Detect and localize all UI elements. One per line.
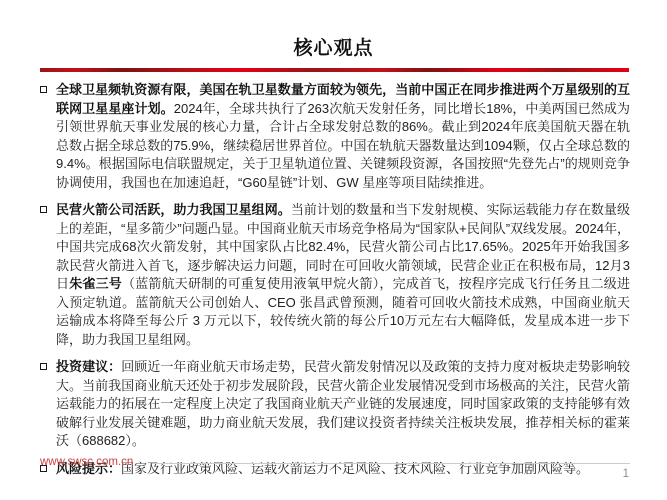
bullet-text: 民营火箭公司活跃，助力我国卫星组网。当前计划的数量和当下发射规模、实际运载能力存… — [56, 201, 630, 349]
bullet-text-segment: 民营火箭公司活跃，助力我国卫星组网。 — [56, 202, 291, 217]
bullet-text-segment: 回顾近一年商业航天市场走势，民营火箭发射情况以及政策的支持力度对板块走势影响较大… — [56, 359, 630, 448]
bullet-item: 投资建议：回顾近一年商业航天市场走势，民营火箭发射情况以及政策的支持力度对板块走… — [40, 358, 630, 451]
bullet-square-icon — [40, 206, 47, 213]
footer: www.swsc.com.cn 1 — [0, 454, 667, 500]
page-number: 1 — [623, 468, 629, 480]
report-page: 核心观点 全球卫星频轨资源有限，美国在轨卫星数量方面较为领先，当前中国正在同步推… — [0, 0, 667, 500]
bullet-item: 民营火箭公司活跃，助力我国卫星组网。当前计划的数量和当下发射规模、实际运载能力存… — [40, 201, 630, 349]
footer-divider — [152, 463, 630, 464]
footer-url-link[interactable]: www.swsc.com.cn — [40, 456, 133, 468]
bullet-text: 投资建议：回顾近一年商业航天市场走势，民营火箭发射情况以及政策的支持力度对板块走… — [56, 358, 630, 451]
bullet-item: 全球卫星频轨资源有限，美国在轨卫星数量方面较为领先，当前中国正在同步推进两个万星… — [40, 81, 630, 192]
bullet-text: 全球卫星频轨资源有限，美国在轨卫星数量方面较为领先，当前中国正在同步推进两个万星… — [56, 81, 630, 192]
bullet-list: 全球卫星频轨资源有限，美国在轨卫星数量方面较为领先，当前中国正在同步推进两个万星… — [0, 72, 667, 478]
page-title: 核心观点 — [0, 0, 667, 60]
bullet-square-icon — [40, 363, 47, 370]
bullet-text-segment: （蓝箭航天研制的可重复使用液氧甲烷火箭），完成首飞，按程序完成飞行任务且二级进入… — [56, 276, 630, 347]
bullet-text-segment: 投资建议： — [56, 359, 121, 374]
bullet-text-segment: 朱雀三号 — [69, 276, 122, 291]
bullet-square-icon — [40, 86, 47, 93]
